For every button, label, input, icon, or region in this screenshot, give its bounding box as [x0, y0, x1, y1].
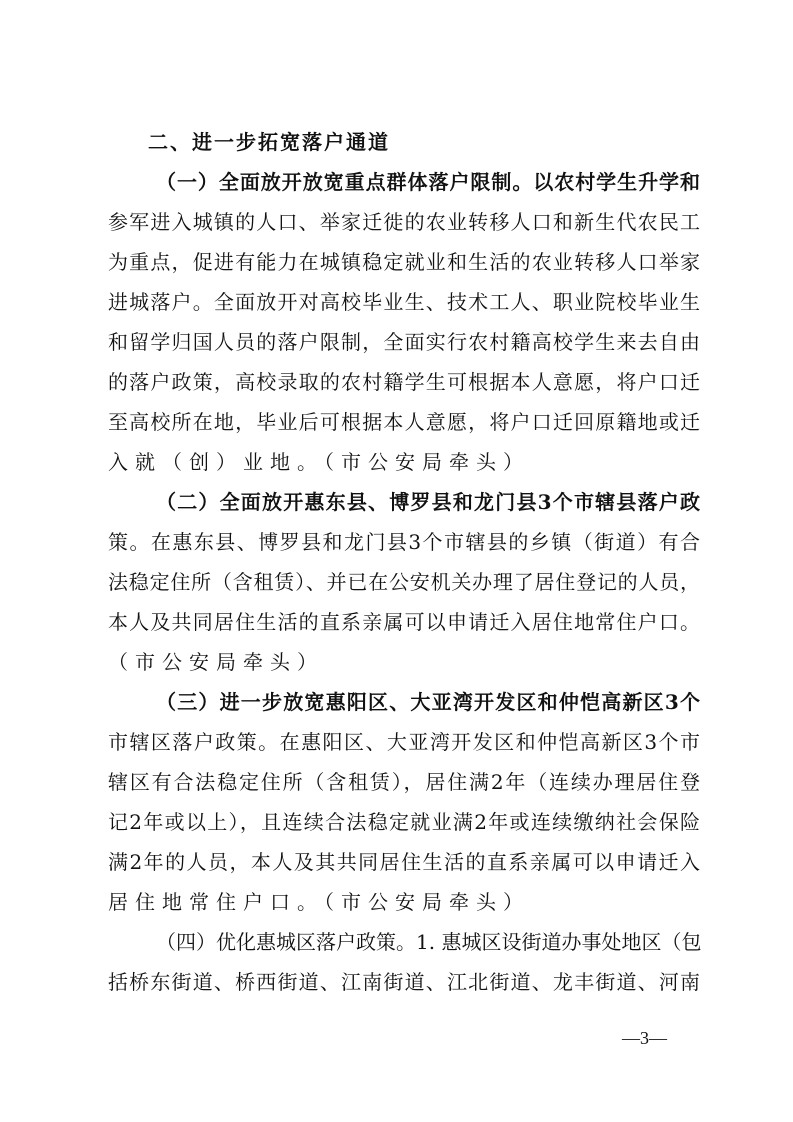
para-3-line-4: 记2年或以上），且连续合法稳定就业满2年或连续缴纳社会保险 — [108, 802, 700, 842]
para-2-line-5: （市公安局牵头） — [108, 642, 700, 682]
para-3-line-1: （三）进一步放宽惠阳区、大亚湾开发区和仲恺高新区3个 — [108, 682, 700, 722]
para-1-line-5: 和留学归国人员的落户限制，全面实行农村籍高校学生来去自由 — [108, 322, 700, 362]
para-1-line-7: 至高校所在地，毕业后可根据本人意愿，将户口迁回原籍地或迁 — [108, 402, 700, 442]
page-number: —3— — [622, 1028, 667, 1049]
para-2-line-4: 本人及共同居住生活的直系亲属可以申请迁入居住地常住户口。 — [108, 602, 700, 642]
para-3-line-3: 辖区有合法稳定住所（含租赁），居住满2年（连续办理居住登 — [108, 762, 700, 802]
para-3-line-5: 满2年的人员，本人及其共同居住生活的直系亲属可以申请迁入 — [108, 842, 700, 882]
para-1-line-1: （一）全面放开放宽重点群体落户限制。以农村学生升学和 — [108, 162, 700, 202]
para-4-line-2: 括桥东街道、桥西街道、江南街道、江北街道、龙丰街道、河南 — [108, 962, 700, 1002]
para-1-line-2: 参军进入城镇的人口、举家迁徙的农业转移人口和新生代农民工 — [108, 202, 700, 242]
document-page: 二、进一步拓宽落户通道 （一）全面放开放宽重点群体落户限制。以农村学生升学和 参… — [108, 122, 700, 1002]
para-1-line-8: 入就（创）业地。（市公安局牵头） — [108, 442, 700, 482]
para-1-line-4: 进城落户。全面放开对高校毕业生、技术工人、职业院校毕业生 — [108, 282, 700, 322]
para-1-line-3: 为重点，促进有能力在城镇稳定就业和生活的农业转移人口举家 — [108, 242, 700, 282]
para-4-line-1: （四）优化惠城区落户政策。1. 惠城区设街道办事处地区（包 — [108, 922, 700, 962]
para-2-line-2: 策。在惠东县、博罗县和龙门县3个市辖县的乡镇（街道）有合 — [108, 522, 700, 562]
section-heading: 二、进一步拓宽落户通道 — [108, 122, 700, 162]
para-2-line-3: 法稳定住所（含租赁）、并已在公安机关办理了居住登记的人员， — [108, 562, 700, 602]
para-3-line-2: 市辖区落户政策。在惠阳区、大亚湾开发区和仲恺高新区3个市 — [108, 722, 700, 762]
para-2-line-1: （二）全面放开惠东县、博罗县和龙门县3个市辖县落户政 — [108, 482, 700, 522]
para-1-line-6: 的落户政策，高校录取的农村籍学生可根据本人意愿，将户口迁 — [108, 362, 700, 402]
para-3-line-6: 居住地常住户口。（市公安局牵头） — [108, 882, 700, 922]
